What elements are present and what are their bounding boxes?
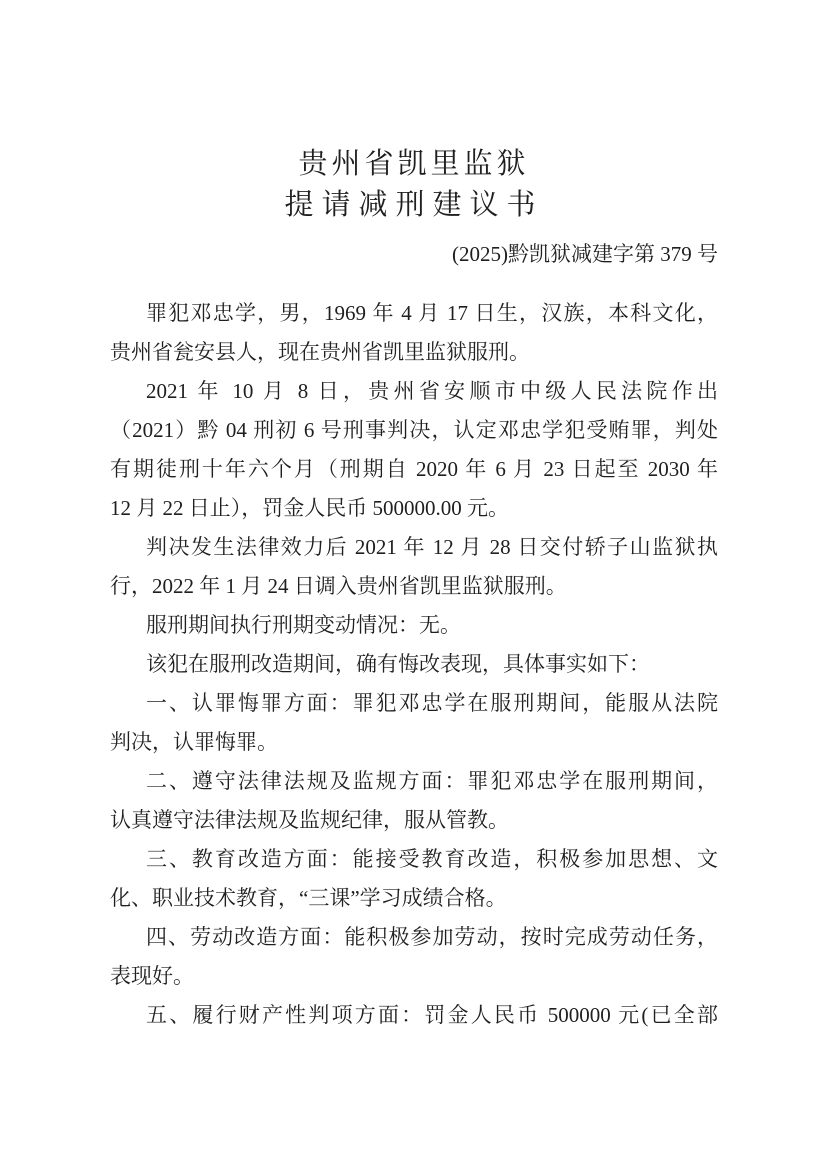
body-line: 判决发生法律效力后 2021 年 12 月 28 日交付轿子山监狱执 (110, 528, 718, 567)
body-line: 认真遵守法律法规及监规纪律，服从管教。 (110, 801, 718, 840)
document-title-line2: 提请减刑建议书 (110, 188, 718, 222)
body-line: 化、职业技术教育，“三课”学习成绩合格。 (110, 879, 718, 918)
body-line: 该犯在服刑改造期间，确有悔改表现，具体事实如下： (110, 645, 718, 684)
document-body: 罪犯邓忠学，男，1969 年 4 月 17 日生，汉族，本科文化， 贵州省瓮安县… (110, 294, 718, 1035)
document-title-line1: 贵州省凯里监狱 (110, 147, 718, 181)
body-line: 贵州省瓮安县人，现在贵州省凯里监狱服刑。 (110, 333, 718, 372)
document-number: (2025)黔凯狱减建字第 379 号 (110, 241, 718, 268)
body-line: 行，2022 年 1 月 24 日调入贵州省凯里监狱服刑。 (110, 567, 718, 606)
body-line: 一、认罪悔罪方面：罪犯邓忠学在服刑期间，能服从法院 (110, 684, 718, 723)
body-line: 2021 年 10 月 8 日，贵州省安顺市中级人民法院作出 (110, 372, 718, 411)
document-page: 贵州省凯里监狱 提请减刑建议书 (2025)黔凯狱减建字第 379 号 罪犯邓忠… (0, 0, 827, 1169)
body-line: 二、遵守法律法规及监规方面：罪犯邓忠学在服刑期间， (110, 762, 718, 801)
body-line: 表现好。 (110, 957, 718, 996)
body-line: 五、履行财产性判项方面：罚金人民币 500000 元(已全部 (110, 996, 718, 1035)
body-line: 三、教育改造方面：能接受教育改造，积极参加思想、文 (110, 840, 718, 879)
body-line: （2021）黔 04 刑初 6 号刑事判决，认定邓忠学犯受贿罪，判处 (110, 411, 718, 450)
body-line: 四、劳动改造方面：能积极参加劳动，按时完成劳动任务， (110, 918, 718, 957)
body-line: 判决，认罪悔罪。 (110, 723, 718, 762)
body-line: 12 月 22 日止），罚金人民币 500000.00 元。 (110, 489, 718, 528)
body-line: 罪犯邓忠学，男，1969 年 4 月 17 日生，汉族，本科文化， (110, 294, 718, 333)
body-line: 有期徒刑十年六个月（刑期自 2020 年 6 月 23 日起至 2030 年 (110, 450, 718, 489)
body-line: 服刑期间执行刑期变动情况：无。 (110, 606, 718, 645)
